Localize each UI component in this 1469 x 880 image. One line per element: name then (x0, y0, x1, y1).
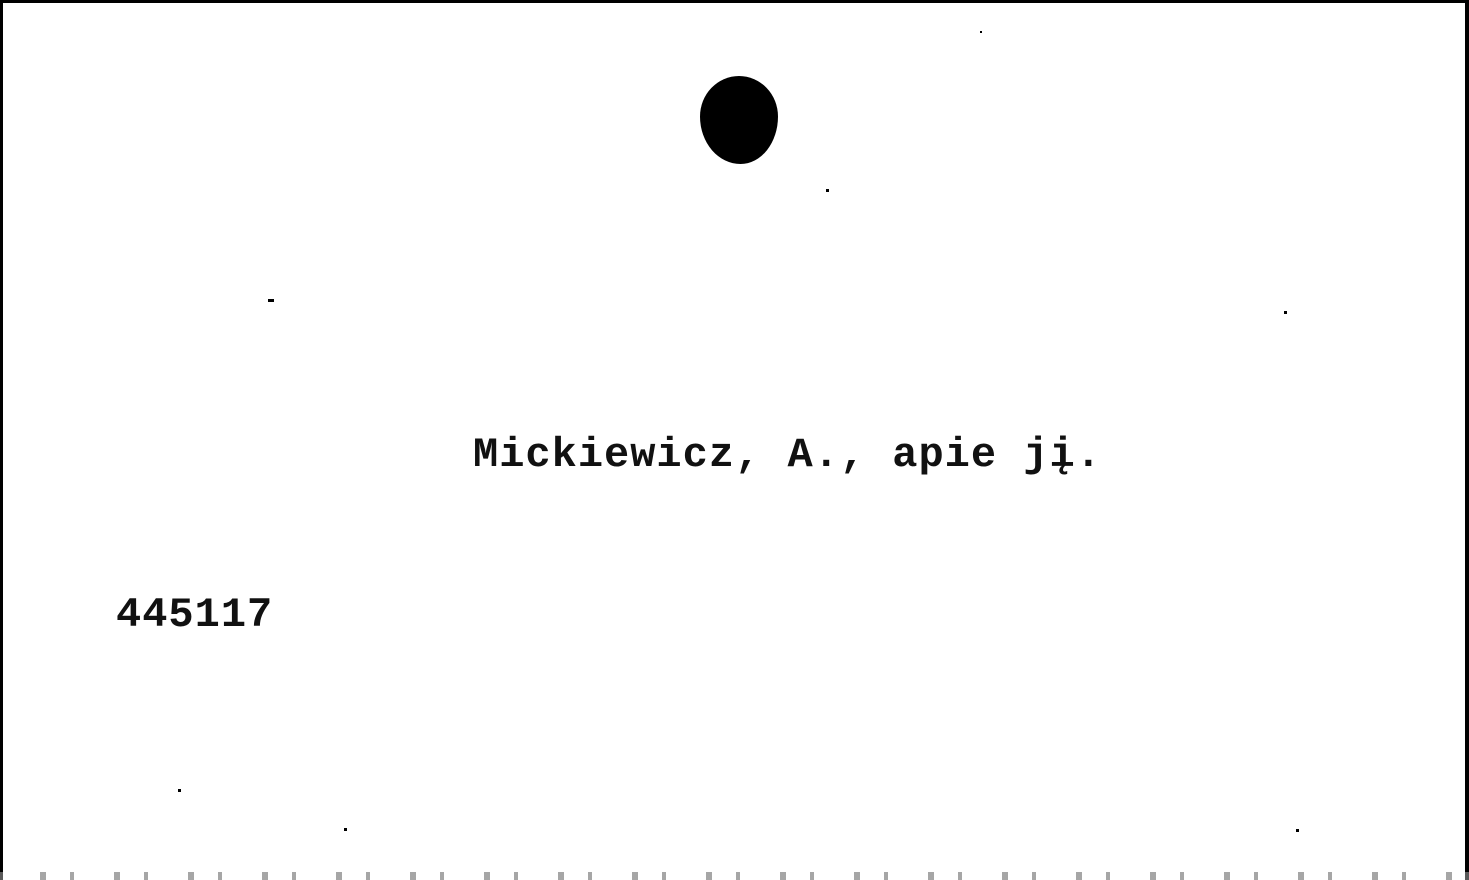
scan-speck (344, 828, 347, 831)
scan-speck (980, 31, 982, 33)
accession-number: 445117 (116, 591, 273, 639)
card-heading: Mickiewicz, A., apie jį. (473, 431, 1102, 479)
scan-speck (268, 299, 274, 302)
punch-hole-icon (700, 76, 778, 164)
scan-speck (1284, 311, 1287, 314)
scan-edge (0, 872, 1469, 880)
scan-speck (178, 789, 181, 792)
scan-speck (1296, 829, 1299, 832)
scan-speck (826, 189, 829, 192)
catalog-card: Mickiewicz, A., apie jį. 445117 (3, 3, 1465, 880)
